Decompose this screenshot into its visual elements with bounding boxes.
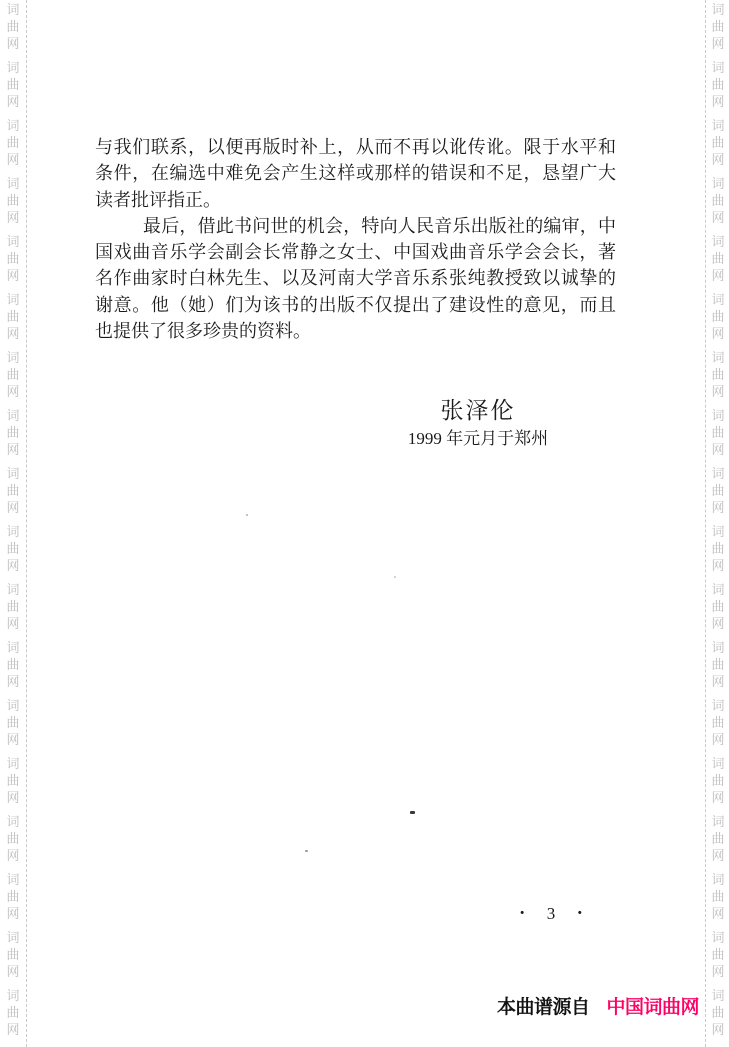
- bottom-credit: 本曲谱源自 中国词曲网: [497, 997, 699, 1019]
- watermark-char: 词: [710, 987, 726, 1004]
- watermark-char: 曲: [5, 598, 21, 615]
- watermark-group: 词曲网: [710, 349, 726, 400]
- text-line: 名作曲家时白林先生、以及河南大学音乐系张纯教授致以诚挚的: [95, 265, 616, 291]
- watermark-char: 词: [710, 929, 726, 946]
- watermark-char: 曲: [5, 656, 21, 673]
- watermark-char: 词: [710, 871, 726, 888]
- watermark-char: 曲: [710, 482, 726, 499]
- watermark-char: 网: [710, 35, 726, 52]
- watermark-char: 网: [5, 789, 21, 806]
- watermark-char: 网: [5, 325, 21, 342]
- watermark-group: 词曲网: [5, 233, 21, 284]
- watermark-char: 网: [710, 93, 726, 110]
- watermark-char: 网: [5, 441, 21, 458]
- page-number-value: 3: [547, 904, 556, 924]
- watermark-char: 词: [5, 1, 21, 18]
- watermark-char: 词: [5, 987, 21, 1004]
- watermark-char: 曲: [5, 1004, 21, 1021]
- watermark-char: 词: [710, 59, 726, 76]
- watermark-group: 词曲网: [710, 929, 726, 980]
- watermark-group: 词曲网: [5, 523, 21, 574]
- watermark-char: 词: [5, 813, 21, 830]
- watermark-char: 词: [710, 465, 726, 482]
- page-number-dot-right: ·: [577, 903, 583, 925]
- watermark-char: 词: [5, 349, 21, 366]
- watermark-char: 曲: [710, 946, 726, 963]
- dashed-divider-right: [705, 0, 706, 1047]
- watermark-char: 词: [5, 523, 21, 540]
- watermark-char: 词: [710, 523, 726, 540]
- watermark-char: 曲: [5, 540, 21, 557]
- watermark-char: 词: [5, 755, 21, 772]
- watermark-group: 词曲网: [710, 871, 726, 922]
- watermark-char: 网: [710, 731, 726, 748]
- watermark-char: 曲: [710, 830, 726, 847]
- watermark-char: 网: [710, 905, 726, 922]
- watermark-char: 网: [710, 499, 726, 516]
- watermark-char: 网: [5, 151, 21, 168]
- watermark-char: 词: [5, 929, 21, 946]
- page-number-dot-left: ·: [519, 903, 525, 925]
- watermark-char: 曲: [5, 134, 21, 151]
- watermark-group: 词曲网: [5, 697, 21, 748]
- watermark-char: 曲: [710, 76, 726, 93]
- watermark-char: 词: [710, 175, 726, 192]
- watermark-char: 词: [710, 697, 726, 714]
- page-number: · 3 ·: [519, 903, 583, 925]
- watermark-group: 词曲网: [5, 581, 21, 632]
- watermark-char: 网: [5, 1021, 21, 1038]
- scan-speck: [394, 576, 396, 578]
- watermark-char: 词: [710, 407, 726, 424]
- watermark-char: 词: [5, 581, 21, 598]
- watermark-char: 词: [710, 117, 726, 134]
- watermark-char: 曲: [5, 482, 21, 499]
- watermark-group: 词曲网: [710, 581, 726, 632]
- watermark-char: 曲: [710, 424, 726, 441]
- watermark-char: 网: [710, 325, 726, 342]
- scan-speck: [305, 850, 308, 852]
- watermark-char: 词: [5, 697, 21, 714]
- watermark-char: 词: [5, 465, 21, 482]
- watermark-group: 词曲网: [710, 755, 726, 806]
- watermark-char: 网: [710, 615, 726, 632]
- watermark-char: 词: [5, 871, 21, 888]
- text-line: 与我们联系，以便再版时补上，从而不再以讹传讹。限于水平和: [95, 134, 616, 160]
- watermark-char: 网: [5, 209, 21, 226]
- watermark-char: 网: [710, 673, 726, 690]
- date-line: 1999 年元月于郑州: [378, 428, 578, 450]
- watermark-char: 网: [5, 905, 21, 922]
- watermark-char: 曲: [710, 1004, 726, 1021]
- watermark-char: 词: [710, 233, 726, 250]
- document-page: 词曲网词曲网词曲网词曲网词曲网词曲网词曲网词曲网词曲网词曲网词曲网词曲网词曲网词…: [0, 0, 729, 1047]
- watermark-char: 词: [710, 639, 726, 656]
- watermark-char: 曲: [5, 76, 21, 93]
- watermark-group: 词曲网: [710, 117, 726, 168]
- watermark-char: 曲: [710, 366, 726, 383]
- watermark-group: 词曲网: [710, 523, 726, 574]
- watermark-group: 词曲网: [710, 175, 726, 226]
- watermark-char: 词: [710, 1, 726, 18]
- watermark-group: 词曲网: [710, 407, 726, 458]
- watermark-group: 词曲网: [5, 639, 21, 690]
- watermark-char: 曲: [5, 192, 21, 209]
- watermark-char: 曲: [5, 946, 21, 963]
- watermark-group: 词曲网: [710, 59, 726, 110]
- watermark-char: 网: [5, 499, 21, 516]
- watermark-char: 词: [710, 349, 726, 366]
- watermark-char: 曲: [5, 830, 21, 847]
- watermark-group: 词曲网: [5, 1, 21, 52]
- text-line: 也提供了很多珍贵的资料。: [95, 318, 616, 344]
- watermark-char: 词: [5, 291, 21, 308]
- text-line: 最后，借此书问世的机会，特向人民音乐出版社的编审，中: [95, 213, 616, 239]
- watermark-group: 词曲网: [710, 987, 726, 1038]
- watermark-char: 词: [5, 407, 21, 424]
- credit-source-label: 本曲谱源自: [497, 997, 590, 1019]
- watermark-group: 词曲网: [5, 929, 21, 980]
- watermark-char: 曲: [710, 250, 726, 267]
- watermark-group: 词曲网: [710, 639, 726, 690]
- watermark-char: 词: [5, 233, 21, 250]
- watermark-char: 网: [710, 383, 726, 400]
- watermark-char: 词: [5, 639, 21, 656]
- watermark-char: 曲: [710, 714, 726, 731]
- watermark-column-right: 词曲网词曲网词曲网词曲网词曲网词曲网词曲网词曲网词曲网词曲网词曲网词曲网词曲网词…: [710, 1, 726, 1047]
- watermark-char: 词: [710, 813, 726, 830]
- watermark-char: 曲: [5, 888, 21, 905]
- watermark-char: 网: [710, 151, 726, 168]
- watermark-group: 词曲网: [5, 291, 21, 342]
- watermark-char: 曲: [710, 134, 726, 151]
- watermark-char: 网: [5, 557, 21, 574]
- watermark-group: 词曲网: [5, 813, 21, 864]
- watermark-char: 词: [710, 581, 726, 598]
- watermark-group: 词曲网: [5, 407, 21, 458]
- dashed-divider-left: [26, 0, 27, 1047]
- watermark-char: 曲: [5, 714, 21, 731]
- watermark-group: 词曲网: [5, 117, 21, 168]
- watermark-group: 词曲网: [5, 465, 21, 516]
- watermark-group: 词曲网: [5, 871, 21, 922]
- watermark-char: 曲: [5, 772, 21, 789]
- watermark-char: 曲: [710, 598, 726, 615]
- author-signature: 张泽伦: [378, 396, 578, 425]
- watermark-char: 词: [710, 755, 726, 772]
- text-line: 读者批评指正。: [95, 187, 616, 213]
- watermark-group: 词曲网: [710, 1, 726, 52]
- watermark-char: 网: [5, 963, 21, 980]
- watermark-char: 曲: [710, 308, 726, 325]
- watermark-group: 词曲网: [710, 465, 726, 516]
- watermark-char: 网: [710, 847, 726, 864]
- watermark-char: 网: [710, 789, 726, 806]
- watermark-column-left: 词曲网词曲网词曲网词曲网词曲网词曲网词曲网词曲网词曲网词曲网词曲网词曲网词曲网词…: [5, 1, 21, 1047]
- text-line: 条件，在编选中难免会产生这样或那样的错误和不足，恳望广大: [95, 160, 616, 186]
- watermark-char: 曲: [710, 540, 726, 557]
- watermark-char: 网: [5, 615, 21, 632]
- credit-brand-name: 中国词曲网: [607, 997, 700, 1019]
- watermark-group: 词曲网: [710, 813, 726, 864]
- signature-block: 张泽伦 1999 年元月于郑州: [378, 396, 578, 450]
- watermark-char: 网: [5, 731, 21, 748]
- scan-speck: [246, 514, 248, 516]
- watermark-char: 曲: [5, 18, 21, 35]
- scan-speck: [410, 811, 415, 814]
- watermark-char: 网: [710, 1021, 726, 1038]
- text-line: 国戏曲音乐学会副会长常静之女士、中国戏曲音乐学会会长，著: [95, 239, 616, 265]
- watermark-char: 曲: [710, 18, 726, 35]
- watermark-char: 曲: [710, 772, 726, 789]
- watermark-char: 网: [710, 441, 726, 458]
- watermark-char: 词: [5, 59, 21, 76]
- watermark-char: 曲: [710, 192, 726, 209]
- watermark-char: 网: [5, 847, 21, 864]
- watermark-char: 曲: [710, 888, 726, 905]
- watermark-group: 词曲网: [5, 59, 21, 110]
- watermark-char: 词: [5, 175, 21, 192]
- watermark-group: 词曲网: [710, 291, 726, 342]
- watermark-char: 曲: [5, 250, 21, 267]
- watermark-char: 网: [5, 35, 21, 52]
- watermark-group: 词曲网: [710, 697, 726, 748]
- watermark-char: 网: [5, 383, 21, 400]
- watermark-char: 词: [5, 117, 21, 134]
- watermark-group: 词曲网: [710, 233, 726, 284]
- watermark-char: 网: [5, 673, 21, 690]
- watermark-char: 曲: [5, 308, 21, 325]
- watermark-char: 网: [5, 267, 21, 284]
- watermark-char: 网: [5, 93, 21, 110]
- watermark-group: 词曲网: [5, 349, 21, 400]
- watermark-group: 词曲网: [5, 175, 21, 226]
- text-line: 谢意。他（她）们为该书的出版不仅提出了建设性的意见，而且: [95, 292, 616, 318]
- watermark-char: 网: [710, 209, 726, 226]
- watermark-char: 曲: [710, 656, 726, 673]
- watermark-char: 网: [710, 963, 726, 980]
- watermark-char: 词: [710, 291, 726, 308]
- watermark-group: 词曲网: [5, 987, 21, 1038]
- watermark-group: 词曲网: [5, 755, 21, 806]
- watermark-char: 曲: [5, 424, 21, 441]
- watermark-char: 网: [710, 267, 726, 284]
- watermark-char: 网: [710, 557, 726, 574]
- body-text: 与我们联系，以便再版时补上，从而不再以讹传讹。限于水平和条件，在编选中难免会产生…: [95, 134, 616, 344]
- watermark-char: 曲: [5, 366, 21, 383]
